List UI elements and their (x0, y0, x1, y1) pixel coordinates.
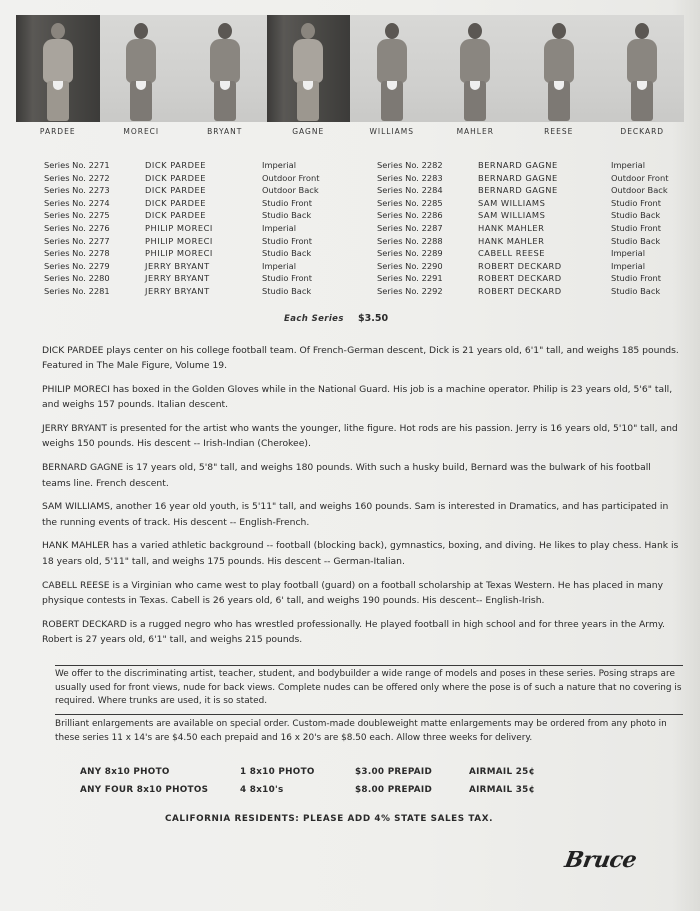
order-qty: 4 8x10's (240, 785, 355, 795)
series-number: Series No. 2284 (377, 184, 478, 197)
series-row: Series No. 2290ROBERT DECKARDImperial (377, 260, 700, 273)
series-row: Series No. 2275DICK PARDEEStudio Back (44, 209, 352, 222)
model-photo (601, 15, 685, 122)
series-row: Series No. 2279JERRY BRYANTImperial (44, 260, 352, 273)
bio-paragraph: DICK PARDEE plays center on his college … (42, 343, 682, 374)
pose-type: Imperial (611, 159, 700, 172)
pose-type: Imperial (611, 260, 700, 273)
tax-notice-text: CALIFORNIA RESIDENTS: PLEASE ADD 4% STAT… (165, 814, 493, 824)
series-row: Series No. 2274DICK PARDEEStudio Front (44, 197, 352, 210)
model-photo (16, 15, 100, 122)
series-number: Series No. 2275 (44, 209, 145, 222)
series-row: Series No. 2292ROBERT DECKARDStudio Back (377, 285, 700, 298)
tax-notice: CALIFORNIA RESIDENTS: PLEASE ADD 4% STAT… (0, 814, 700, 824)
model-name: HANK MAHLER (478, 222, 611, 235)
bio-paragraph: SAM WILLIAMS, another 16 year old youth,… (42, 499, 682, 530)
model-label: PARDEE (16, 127, 100, 136)
figure-silhouette (126, 39, 156, 83)
model-photo (267, 15, 351, 122)
series-number: Series No. 2290 (377, 260, 478, 273)
model-name: JERRY BRYANT (145, 272, 262, 285)
series-row: Series No. 2286SAM WILLIAMSStudio Back (377, 209, 700, 222)
bio-paragraph: HANK MAHLER has a varied athletic backgr… (42, 538, 682, 569)
model-label: WILLIAMS (350, 127, 434, 136)
model-label: DECKARD (601, 127, 685, 136)
model-name: ROBERT DECKARD (478, 285, 611, 298)
each-series-label: Each Series (284, 314, 344, 324)
model-name: PHILIP MORECI (145, 247, 262, 260)
series-number: Series No. 2273 (44, 184, 145, 197)
model-photo-strip (16, 15, 684, 122)
model-name: BERNARD GAGNE (478, 159, 611, 172)
series-number: Series No. 2276 (44, 222, 145, 235)
figure-silhouette (385, 23, 399, 39)
figure-silhouette (377, 39, 407, 83)
model-name: SAM WILLIAMS (478, 197, 611, 210)
figure-silhouette (552, 23, 566, 39)
figure-silhouette (43, 39, 73, 83)
series-number: Series No. 2271 (44, 159, 145, 172)
model-name: DICK PARDEE (145, 159, 262, 172)
divider (55, 714, 683, 715)
divider (55, 665, 683, 666)
figure-silhouette (220, 81, 230, 90)
figure-silhouette (554, 81, 564, 90)
model-name: JERRY BRYANT (145, 285, 262, 298)
series-row: Series No. 2271DICK PARDEEImperial (44, 159, 352, 172)
figure-silhouette (635, 23, 649, 39)
order-row: ANY FOUR 8x10 PHOTOS 4 8x10's $8.00 PREP… (80, 785, 569, 795)
pose-type: Imperial (262, 222, 352, 235)
order-qty: 1 8x10 PHOTO (240, 767, 355, 777)
figure-silhouette (387, 81, 397, 90)
figure-silhouette (627, 39, 657, 83)
bio-paragraph: PHILIP MORECI has boxed in the Golden Gl… (42, 382, 682, 413)
series-row: Series No. 2289CABELL REESEImperial (377, 247, 700, 260)
order-item: ANY FOUR 8x10 PHOTOS (80, 785, 240, 795)
model-photo (183, 15, 267, 122)
figure-silhouette (301, 23, 315, 39)
pose-type: Outdoor Front (611, 172, 700, 185)
series-number: Series No. 2278 (44, 247, 145, 260)
model-name: SAM WILLIAMS (478, 209, 611, 222)
series-row: Series No. 2278PHILIP MORECIStudio Back (44, 247, 352, 260)
model-name: CABELL REESE (478, 247, 611, 260)
model-photo (517, 15, 601, 122)
model-name: ROBERT DECKARD (478, 272, 611, 285)
model-name: DICK PARDEE (145, 172, 262, 185)
pose-type: Studio Back (262, 247, 352, 260)
model-name-labels: PARDEE MORECI BRYANT GAGNE WILLIAMS MAHL… (16, 127, 684, 136)
series-row: Series No. 2284BERNARD GAGNEOutdoor Back (377, 184, 700, 197)
catalog-page: PARDEE MORECI BRYANT GAGNE WILLIAMS MAHL… (0, 0, 700, 911)
bio-paragraph: CABELL REESE is a Virginian who came wes… (42, 578, 682, 609)
series-number: Series No. 2280 (44, 272, 145, 285)
enlargement-text: Brilliant enlargements are available on … (55, 718, 685, 745)
brand-logo: Bruce (563, 847, 639, 873)
bio-paragraph: ROBERT DECKARD is a rugged negro who has… (42, 617, 682, 648)
series-number: Series No. 2288 (377, 235, 478, 248)
order-row: ANY 8x10 PHOTO 1 8x10 PHOTO $3.00 PREPAI… (80, 767, 569, 777)
series-row: Series No. 2272DICK PARDEEOutdoor Front (44, 172, 352, 185)
offer-text: We offer to the discriminating artist, t… (55, 668, 685, 709)
figure-silhouette (53, 81, 63, 90)
model-bios: DICK PARDEE plays center on his college … (42, 343, 682, 656)
model-name: BERNARD GAGNE (478, 184, 611, 197)
figure-silhouette (544, 39, 574, 83)
series-row: Series No. 2285SAM WILLIAMSStudio Front (377, 197, 700, 210)
model-name: PHILIP MORECI (145, 235, 262, 248)
model-photo (434, 15, 518, 122)
pose-type: Studio Back (611, 235, 700, 248)
series-number: Series No. 2286 (377, 209, 478, 222)
series-row: Series No. 2282BERNARD GAGNEImperial (377, 159, 700, 172)
figure-silhouette (460, 39, 490, 83)
figure-silhouette (134, 23, 148, 39)
series-row: Series No. 2273DICK PARDEEOutdoor Back (44, 184, 352, 197)
series-number: Series No. 2291 (377, 272, 478, 285)
pose-type: Studio Back (262, 285, 352, 298)
model-name: DICK PARDEE (145, 209, 262, 222)
figure-silhouette (51, 23, 65, 39)
series-row: Series No. 2277PHILIP MORECIStudio Front (44, 235, 352, 248)
order-item: ANY 8x10 PHOTO (80, 767, 240, 777)
model-label: REESE (517, 127, 601, 136)
series-number: Series No. 2279 (44, 260, 145, 273)
series-number: Series No. 2289 (377, 247, 478, 260)
pose-type: Studio Back (611, 209, 700, 222)
series-row: Series No. 2287HANK MAHLERStudio Front (377, 222, 700, 235)
series-number: Series No. 2283 (377, 172, 478, 185)
model-name: BERNARD GAGNE (478, 172, 611, 185)
model-photo (350, 15, 434, 122)
pose-type: Outdoor Back (262, 184, 352, 197)
series-number: Series No. 2292 (377, 285, 478, 298)
series-list-left: Series No. 2271DICK PARDEEImperialSeries… (44, 159, 352, 298)
series-row: Series No. 2280JERRY BRYANTStudio Front (44, 272, 352, 285)
each-series-price: $3.50 (358, 313, 388, 324)
pose-type: Studio Back (262, 209, 352, 222)
series-number: Series No. 2282 (377, 159, 478, 172)
series-number: Series No. 2287 (377, 222, 478, 235)
order-price: $3.00 PREPAID (355, 767, 469, 777)
order-price: $8.00 PREPAID (355, 785, 469, 795)
model-name: HANK MAHLER (478, 235, 611, 248)
pose-type: Outdoor Front (262, 172, 352, 185)
series-row: Series No. 2281JERRY BRYANTStudio Back (44, 285, 352, 298)
series-number: Series No. 2285 (377, 197, 478, 210)
model-photo (100, 15, 184, 122)
series-number: Series No. 2277 (44, 235, 145, 248)
figure-silhouette (468, 23, 482, 39)
series-row: Series No. 2276PHILIP MORECIImperial (44, 222, 352, 235)
pose-type: Studio Front (262, 272, 352, 285)
model-name: ROBERT DECKARD (478, 260, 611, 273)
model-name: PHILIP MORECI (145, 222, 262, 235)
pose-type: Studio Back (611, 285, 700, 298)
model-label: MORECI (100, 127, 184, 136)
pose-type: Imperial (262, 260, 352, 273)
bio-paragraph: JERRY BRYANT is presented for the artist… (42, 421, 682, 452)
model-label: BRYANT (183, 127, 267, 136)
model-label: GAGNE (267, 127, 351, 136)
series-number: Series No. 2274 (44, 197, 145, 210)
model-name: DICK PARDEE (145, 197, 262, 210)
figure-silhouette (210, 39, 240, 83)
series-row: Series No. 2283BERNARD GAGNEOutdoor Fron… (377, 172, 700, 185)
pose-type: Studio Front (611, 222, 700, 235)
pose-type: Imperial (611, 247, 700, 260)
pose-type: Outdoor Back (611, 184, 700, 197)
pose-type: Studio Front (262, 197, 352, 210)
pose-type: Imperial (262, 159, 352, 172)
order-airmail: AIRMAIL 35¢ (469, 785, 569, 795)
pose-type: Studio Front (611, 272, 700, 285)
series-number: Series No. 2272 (44, 172, 145, 185)
series-number: Series No. 2281 (44, 285, 145, 298)
pose-type: Studio Front (611, 197, 700, 210)
pose-type: Studio Front (262, 235, 352, 248)
model-name: DICK PARDEE (145, 184, 262, 197)
series-row: Series No. 2288HANK MAHLERStudio Back (377, 235, 700, 248)
series-row: Series No. 2291ROBERT DECKARDStudio Fron… (377, 272, 700, 285)
bio-paragraph: BERNARD GAGNE is 17 years old, 5'8" tall… (42, 460, 682, 491)
figure-silhouette (218, 23, 232, 39)
model-name: JERRY BRYANT (145, 260, 262, 273)
series-list-right: Series No. 2282BERNARD GAGNEImperialSeri… (377, 159, 700, 298)
figure-silhouette (293, 39, 323, 83)
model-label: MAHLER (434, 127, 518, 136)
order-airmail: AIRMAIL 25¢ (469, 767, 569, 777)
